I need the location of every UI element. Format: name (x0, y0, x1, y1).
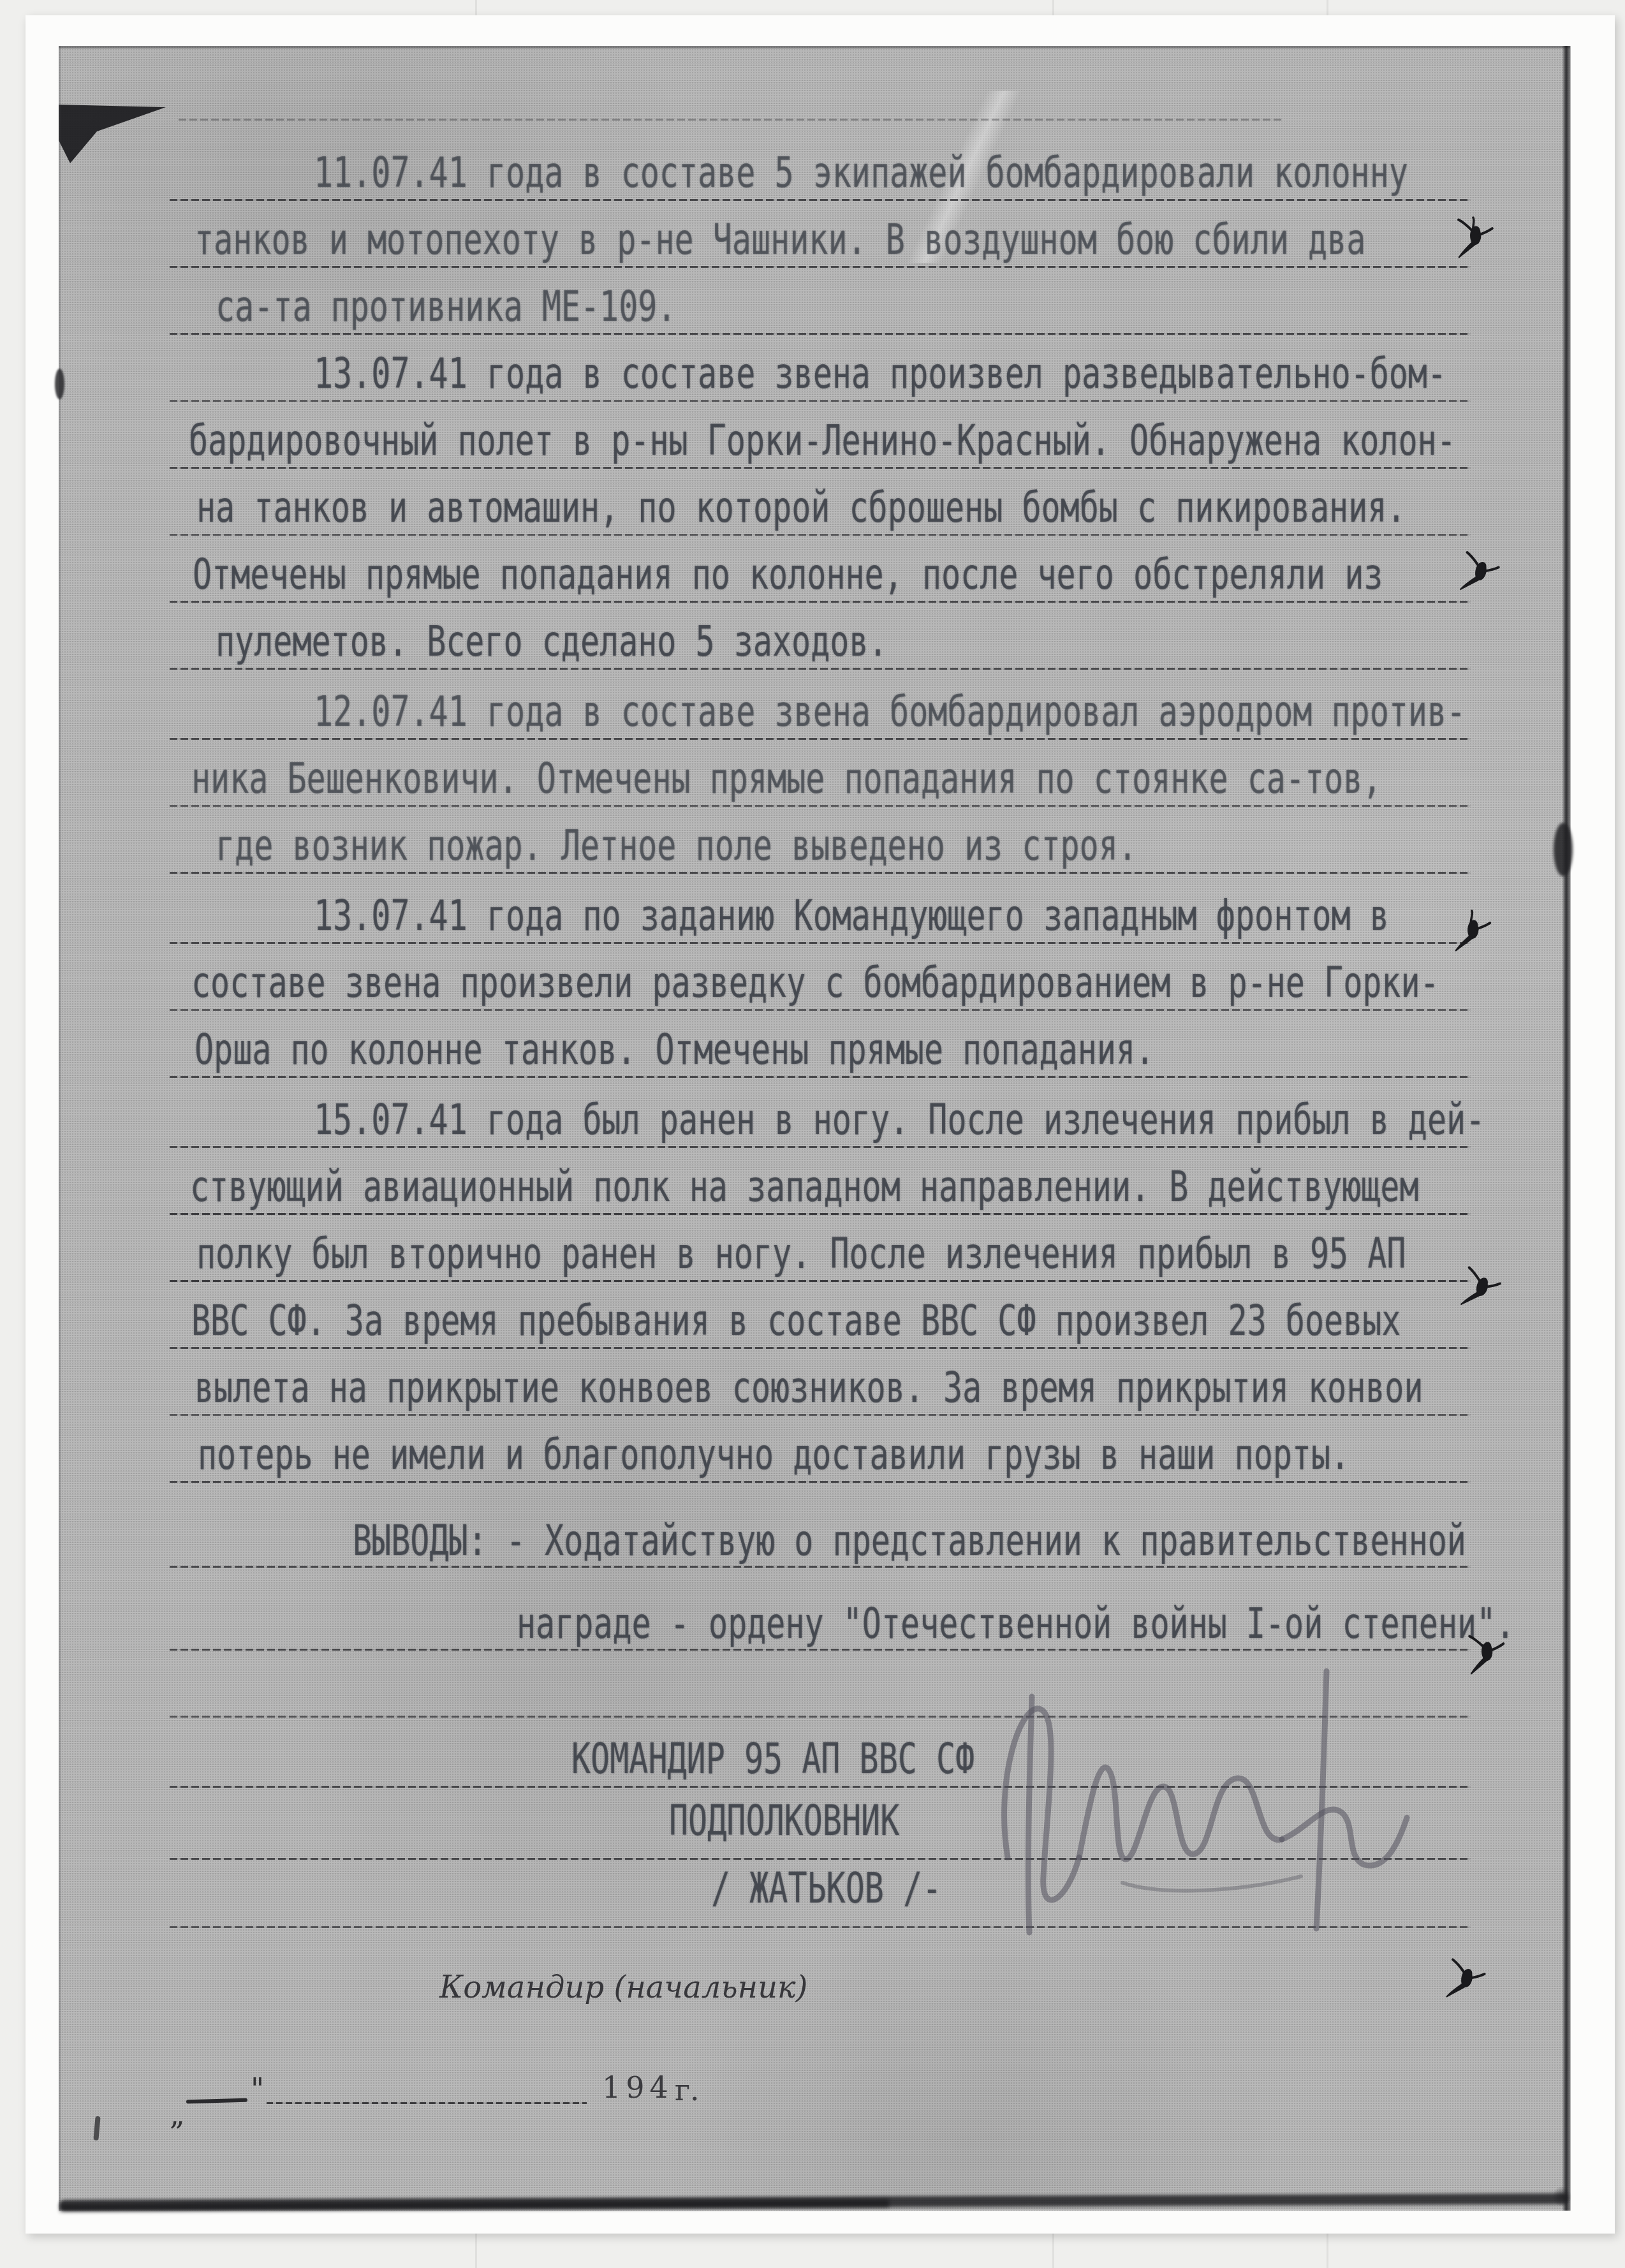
ruled-line (170, 1347, 1471, 1349)
corner-ink-blot (59, 105, 170, 168)
ruled-line (170, 668, 1471, 670)
ruled-line (170, 1566, 1471, 1568)
typed-line: награде - ордену "Отечественной войны I-… (517, 1603, 1515, 1644)
typed-line: танков и мотопехоту в р-не Чашники. В во… (195, 219, 1365, 260)
typed-line: ВЫВОДЫ: - Ходатайствую о представлении к… (353, 1520, 1466, 1561)
typed-line: вылета на прикрытие конвоев союзников. З… (195, 1367, 1423, 1408)
typed-line: 15.07.41 года был ранен в ногу. После из… (314, 1099, 1485, 1140)
ruled-line (179, 119, 1282, 121)
ruled-line (170, 942, 1471, 944)
ruled-line (170, 1146, 1471, 1148)
ruled-line (170, 601, 1471, 603)
page-right-edge (1562, 46, 1571, 2211)
right-edge-blot (1554, 823, 1573, 876)
typed-line: ника Бешенковичи. Отмечены прямые попада… (191, 758, 1381, 799)
open-quote-mark: „ (170, 2097, 185, 2132)
ink-margin-mark (1459, 549, 1502, 594)
close-quote-mark: " (251, 2072, 264, 2106)
ink-margin-mark (1445, 1957, 1487, 2001)
ink-margin-mark (1452, 908, 1494, 953)
year-suffix: г. (675, 2073, 700, 2107)
signature-commander-line: КОМАНДИР 95 АП ВВС СФ (571, 1738, 974, 1779)
ruled-line (170, 266, 1471, 268)
typed-line: ствующий авиационный полк на западном на… (190, 1166, 1419, 1207)
typed-line: потерь не имели и благополучно доставили… (198, 1434, 1349, 1475)
typed-line: на танков и автомашин, по которой сброше… (196, 487, 1406, 528)
ruled-line (170, 1649, 1471, 1651)
ruled-line (170, 1481, 1471, 1483)
ruled-line (170, 1414, 1471, 1416)
ruled-line (170, 1280, 1471, 1282)
scanned-document: 11.07.41 года в составе 5 экипажей бомба… (0, 0, 1625, 2268)
typed-line: где возник пожар. Летное поле выведено и… (216, 825, 1137, 866)
typed-line: пулеметов. Всего сделано 5 заходов. (216, 621, 888, 662)
ruled-line (170, 199, 1471, 201)
typed-line: са-та противника МЕ-109. (216, 286, 676, 327)
typed-line: Орша по колонне танков. Отмечены прямые … (195, 1029, 1154, 1070)
page-left-edge (59, 46, 61, 2211)
page-top-edge (59, 46, 1570, 48)
typed-line: 12.07.41 года в составе звена бомбардиро… (314, 691, 1466, 732)
typed-line: полку был вторично ранен в ногу. После и… (196, 1233, 1406, 1274)
ruled-line (170, 467, 1471, 469)
typed-line: 11.07.41 года в составе 5 экипажей бомба… (314, 152, 1408, 193)
ink-margin-mark (1459, 1264, 1504, 1311)
ruled-line (170, 1009, 1471, 1011)
signature-name-line: / ЖАТЬКОВ /- (711, 1867, 941, 1909)
ruled-line (170, 738, 1471, 740)
typed-line: Отмечены прямые попадания по колонне, по… (193, 554, 1383, 595)
typed-line: ВВС СФ. За время пребывания в составе ВВ… (191, 1300, 1401, 1341)
ruled-line (170, 1213, 1471, 1215)
ink-margin-mark (1464, 1629, 1510, 1676)
ruled-line (170, 805, 1471, 807)
signature-rank-line: ПОДПОЛКОВНИК (669, 1800, 899, 1841)
ruled-line (170, 534, 1471, 536)
ruled-line (170, 333, 1471, 335)
year-text: 194 (602, 2070, 673, 2105)
fill-in-line (267, 2102, 587, 2104)
handwritten-signature (969, 1666, 1416, 1943)
ruled-line (170, 872, 1471, 874)
typed-line: составе звена произвели разведку с бомба… (191, 962, 1439, 1003)
form-role-label: Командир (начальник) (439, 1970, 807, 2005)
ruled-line (170, 1076, 1471, 1078)
typed-line: бардировочный полет в р-ны Горки-Ленино-… (189, 420, 1456, 461)
ink-margin-mark (1453, 214, 1497, 260)
ruled-line (170, 400, 1471, 402)
typed-line: 13.07.41 года по заданию Командующего за… (314, 895, 1389, 936)
typed-line: 13.07.41 года в составе звена произвел р… (314, 353, 1446, 394)
